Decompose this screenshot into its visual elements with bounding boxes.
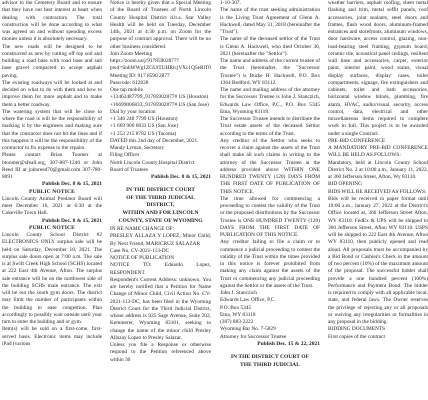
notice-heading: PUBLIC NOTICE — [2, 225, 102, 232]
notice-paragraph: The watering system that will be close t… — [2, 109, 102, 153]
court-heading-line: OF THE THIRD JUDICIAL — [110, 195, 211, 203]
notice-paragraph: weather barriers, asphalt roofing, sheet… — [328, 0, 428, 138]
court-heading-line: COUNTY, STATE OF WYOMING — [110, 218, 211, 226]
notice-paragraph: The time allowed for commencing a procee… — [220, 196, 320, 240]
notice-paragraph: advisor to the Cemetery Board and to ens… — [2, 0, 102, 44]
notice-paragraph: Lincoln County School District #2 ELECTR… — [2, 232, 102, 326]
notice-paragraph: Wyoming Bar No. 7-5829 — [220, 326, 320, 333]
notice-paragraph: The name of the deceased settlor of the … — [220, 36, 320, 58]
notice-paragraph: The name and address of the current trus… — [220, 58, 320, 87]
notice-paragraph: Respondent's Current Address: unknown. Y… — [110, 277, 211, 342]
column-3: 1-10-307.The name of the trust seeking a… — [220, 0, 320, 400]
notice-paragraph: Any creditor of the Settlor who seeks to… — [220, 138, 320, 196]
notice-paragraph: The name and mailing address of the atto… — [220, 87, 320, 116]
notice-heading: PUBLIC NOTICE — [2, 189, 102, 196]
notice-paragraph: The Successor Trustee intends to distrib… — [220, 116, 320, 138]
notice-paragraph: The new roads will be designed to be con… — [2, 44, 102, 80]
notice-paragraph: Passcode: 612828 — [110, 80, 211, 87]
notice-paragraph: A MANDATORY PRE-BID CONFERENCE WILL BE H… — [328, 145, 428, 160]
notice-paragraph: Lincoln County Animal Predator Board wil… — [2, 196, 102, 218]
notice-paragraph: North Lincoln County Hospital District — [110, 160, 211, 167]
notice-paragraph: +16699006833,,91785902877# US (San Jose) — [110, 102, 211, 109]
court-heading-line: THE THIRD JUDICIAL — [220, 362, 320, 370]
publish-dates: Publish Dec. 15 & 22, 2021 — [220, 341, 320, 348]
notice-paragraph: First copies of the contract — [328, 334, 428, 341]
newspaper-legal-notices-page: advisor to the Cemetery Board and to ens… — [0, 0, 428, 400]
notice-paragraph: Board of Trustees — [110, 167, 211, 174]
notice-paragraph: Join Zoom Meeting — [110, 51, 211, 58]
court-heading-line: IN THE DISTRICT COURT OF — [220, 354, 320, 362]
notice-paragraph: Notice is hereby given that a Special Me… — [110, 0, 211, 51]
notice-paragraph: +1 253 215 8782 US (Tacoma) — [110, 131, 211, 138]
notice-paragraph: Item(s) will be sold on a first-come, fi… — [2, 326, 102, 348]
column-4: weather barriers, asphalt roofing, sheet… — [328, 0, 428, 400]
publish-dates: Publish Dec. 8 & 15, 2021 — [2, 218, 102, 225]
notice-paragraph: +13462487799,,91785902877# US (Houston) — [110, 94, 211, 101]
court-heading-line: WITHIN AND FOR LINCOLN — [110, 210, 211, 218]
notice-paragraph: Case No. CV-2021-113-DC — [110, 248, 211, 255]
notice-paragraph: Edwards Law Office, P.C. — [220, 297, 320, 304]
notice-paragraph: Any creditor failing to file a claim or … — [220, 239, 320, 290]
notice-paragraph: Mandatory, held at Lincoln County School… — [328, 160, 428, 182]
notice-paragraph: BIDS WILL BE RECEIVED AS FOLLOWS: — [328, 189, 428, 196]
notice-paragraph: PRESLEY ALLAZA Y LOPEZ, Minor Child, By … — [110, 233, 211, 248]
notice-paragraph: (307) 883-2222 — [220, 319, 320, 326]
notice-paragraph: https://zoom.us/j/91785902877?pwd=SnhWWg… — [110, 58, 211, 73]
notice-paragraph: Attorney for Successor Trustee — [220, 334, 320, 341]
court-heading-line: DISTRICT, — [110, 202, 211, 210]
notice-paragraph: Unless you file a Response or otherwise … — [110, 342, 211, 364]
notice-paragraph: BID OPENING — [328, 181, 428, 188]
notice-paragraph: NOTICE OF PUBLICATION — [110, 255, 211, 262]
court-heading-line: IN THE DISTRICT COURT — [110, 187, 211, 195]
notice-paragraph: The existing roadways will be looked at … — [2, 80, 102, 109]
notice-paragraph: Bids will be received in paper format un… — [328, 196, 428, 327]
notice-paragraph: Meeting ID: 917 8590 2877 — [110, 73, 211, 80]
notice-paragraph: DATED this 2nd day of December, 2021. — [110, 138, 211, 145]
publish-dates: Publish Dec. 8 & 15, 2021 — [2, 181, 102, 188]
court-heading: IN THE DISTRICT COURT OFTHE THIRD JUDICI… — [220, 354, 320, 369]
notice-paragraph: BIDDING DOCUMENTS — [328, 326, 428, 333]
notice-paragraph: NOTICE TO: Eduardo Lopez, RESPONDENT. — [110, 262, 211, 277]
notice-paragraph: IN RE NAME CHANGE OF: — [110, 226, 211, 233]
column-1: advisor to the Cemetery Board and to ens… — [2, 0, 102, 400]
publish-dates: Publish Dec. 8 & 15, 2021 — [110, 174, 211, 181]
notice-paragraph: PRE-BID CONFERENCE — [328, 138, 428, 145]
notice-paragraph: +1 669 900 6833 US (San Jose) — [110, 123, 211, 130]
notice-paragraph: Filing Officer — [110, 152, 211, 159]
notice-paragraph: Dial by your location — [110, 109, 211, 116]
notice-paragraph: Please contact Brian Toomer at btoomer@s… — [2, 152, 102, 181]
court-heading: IN THE DISTRICT COURTOF THE THIRD JUDICI… — [110, 187, 211, 225]
notice-paragraph: The name of the trust seeking administra… — [220, 7, 320, 36]
notice-paragraph: P.O. Box 5345 — [220, 305, 320, 312]
notice-paragraph: Etna, WY 83118 — [220, 312, 320, 319]
column-2: Notice is hereby given that a Special Me… — [110, 0, 211, 400]
